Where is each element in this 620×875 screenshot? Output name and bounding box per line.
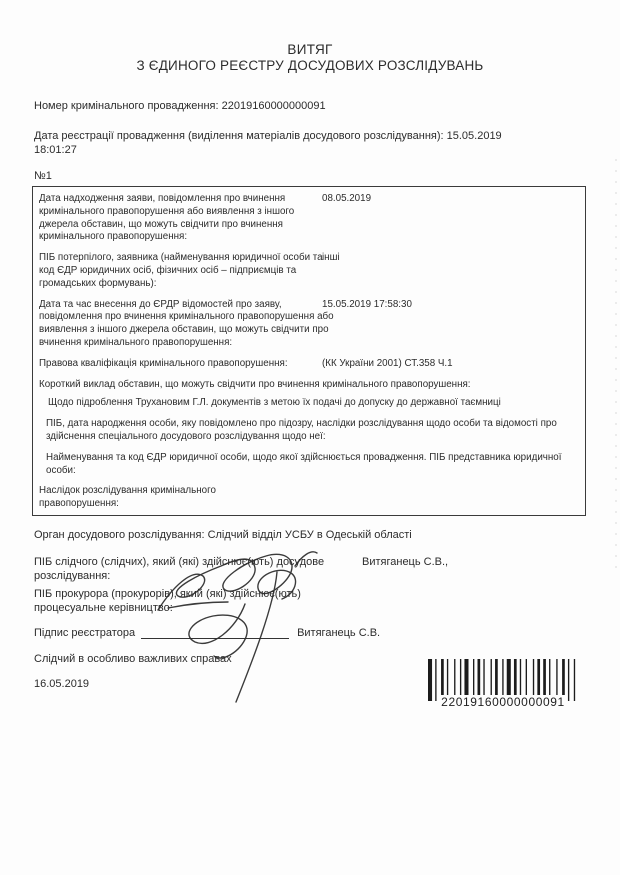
registration-line: Дата реєстрації провадження (виділення м…	[34, 129, 586, 157]
record-number: №1	[34, 169, 586, 183]
row-value-victim: інші	[322, 252, 340, 265]
document-subtitle: З ЄДИНОГО РЕЄСТРУ ДОСУДОВИХ РОЗСЛІДУВАНЬ	[0, 58, 620, 74]
scan-edge-artifact	[615, 150, 617, 570]
table-row-outcome: Наслідок розслідування кримінального пра…	[39, 485, 579, 511]
summary-label: Короткий виклад обставин, що можуть свід…	[39, 379, 579, 392]
registrar-name: Витяганець С.В.	[297, 626, 380, 640]
prosecutor-label: ПІБ прокурора (прокурорів), який (які) з…	[34, 587, 334, 615]
barcode: 22019160000000091	[428, 659, 578, 707]
row-value-intake-date: 08.05.2019	[322, 193, 371, 206]
prosecutor-line: ПІБ прокурора (прокурорів), який (які) з…	[34, 587, 586, 615]
investigator-label: ПІБ слідчого (слідчих), який (які) здійс…	[34, 555, 356, 583]
investigation-body-value: Слідчий відділ УСБУ в Одеській області	[208, 529, 412, 541]
table-row: Дата та час внесення до ЄРДР відомостей …	[39, 299, 579, 350]
document-title: ВИТЯГ	[0, 42, 620, 58]
case-number-value: 22019160000000091	[222, 100, 326, 112]
table-row-legal-entity: Найменування та код ЄДР юридичної особи,…	[39, 452, 579, 478]
summary-text: Щодо підроблення Трухановим Г.Л. докумен…	[39, 397, 579, 410]
registration-time: 18:01:27	[34, 143, 586, 157]
registrar-signature-line: Підпис реєстратора Витяганець С.В.	[34, 626, 586, 640]
document-page: ВИТЯГ З ЄДИНОГО РЕЄСТРУ ДОСУДОВИХ РОЗСЛІ…	[0, 0, 620, 875]
case-number-label: Номер кримінального провадження:	[34, 100, 219, 112]
investigation-body-line: Орган досудового розслідування: Слідчий …	[34, 528, 586, 542]
table-row: Дата надходження заяви, повідомлення про…	[39, 193, 579, 244]
barcode-number: 22019160000000091	[439, 695, 567, 709]
row-label-victim: ПІБ потерпілого, заявника (найменування …	[39, 252, 331, 290]
signature-underline	[141, 626, 289, 639]
table-row: Правова кваліфікація кримінального право…	[39, 358, 579, 371]
outcome-label: Наслідок розслідування кримінального пра…	[39, 485, 259, 511]
suspect-label: ПІБ, дата народження особи, яку повідомл…	[39, 418, 579, 444]
table-row-summary: Короткий виклад обставин, що можуть свід…	[39, 379, 579, 411]
row-label-intake-date: Дата надходження заяви, повідомлення про…	[39, 193, 311, 244]
extract-table: Дата надходження заяви, повідомлення про…	[32, 186, 586, 516]
investigator-line: ПІБ слідчого (слідчих), який (які) здійс…	[34, 555, 586, 583]
row-value-erdr-entry: 15.05.2019 17:58:30	[322, 299, 412, 312]
registrar-signature-label: Підпис реєстратора	[34, 626, 135, 640]
row-value-qualification: (КК України 2001) СТ.358 Ч.1	[322, 358, 453, 371]
table-row-suspect: ПІБ, дата народження особи, яку повідомл…	[39, 418, 579, 444]
case-number-line: Номер кримінального провадження: 2201916…	[34, 99, 586, 113]
document-header: ВИТЯГ З ЄДИНОГО РЕЄСТРУ ДОСУДОВИХ РОЗСЛІ…	[0, 42, 620, 74]
investigation-body-label: Орган досудового розслідування:	[34, 529, 205, 541]
table-row: ПІБ потерпілого, заявника (найменування …	[39, 252, 579, 290]
legal-entity-label: Найменування та код ЄДР юридичної особи,…	[39, 452, 579, 478]
row-label-qualification: Правова кваліфікація кримінального право…	[39, 358, 319, 371]
investigator-name: Витяганець С.В.,	[356, 555, 448, 583]
row-label-erdr-entry: Дата та час внесення до ЄРДР відомостей …	[39, 299, 341, 350]
registration-label-date: Дата реєстрації провадження (виділення м…	[34, 130, 502, 142]
